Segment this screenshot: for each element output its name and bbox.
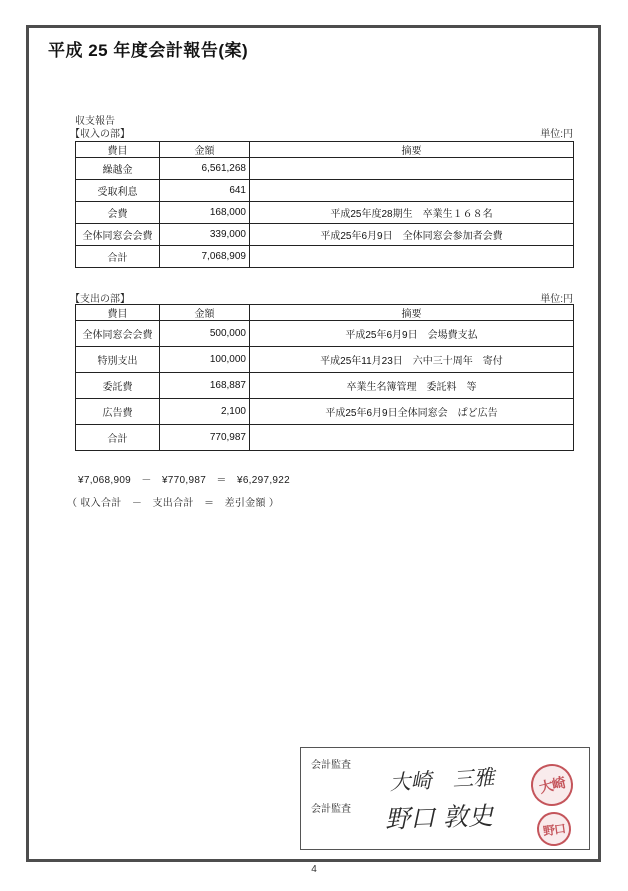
income-heading: 【収入の部】 xyxy=(70,125,130,140)
hanko-seal-text-2: 野口 xyxy=(542,819,566,839)
expense-item: 委託費 xyxy=(76,373,160,399)
expense-note: 平成25年11月23日 六中三十周年 寄付 xyxy=(250,347,574,373)
income-amount: 168,000 xyxy=(160,202,250,224)
document-canvas: { "page": { "title": "平成 25 年度会計報告(案)", … xyxy=(0,0,628,891)
expense-item: 合計 xyxy=(76,425,160,451)
income-col-note: 摘要 xyxy=(250,142,574,158)
expense-item: 全体同窓会会費 xyxy=(76,321,160,347)
expense-amount: 770,987 xyxy=(160,425,250,451)
income-item: 会費 xyxy=(76,202,160,224)
income-note xyxy=(250,158,574,180)
table-row: 委託費 168,887 卒業生名簿管理 委託料 等 xyxy=(76,373,574,399)
income-note xyxy=(250,246,574,268)
table-row: 受取利息 641 xyxy=(76,180,574,202)
audit-label-1: 会計監査 xyxy=(311,756,351,771)
expense-table: 費目 金額 摘要 全体同窓会会費 500,000 平成25年6月9日 会場費支払… xyxy=(75,304,574,451)
income-unit-label: 単位:円 xyxy=(540,125,573,140)
expense-heading-row: 【支出の部】 単位:円 xyxy=(70,290,573,305)
expense-amount: 2,100 xyxy=(160,399,250,425)
expense-item: 特別支出 xyxy=(76,347,160,373)
income-item: 繰越金 xyxy=(76,158,160,180)
income-amount: 641 xyxy=(160,180,250,202)
expense-item: 広告費 xyxy=(76,399,160,425)
balance-formula-values: ¥7,068,909 － ¥770,987 ＝ ¥6,297,922 xyxy=(78,471,290,486)
table-row-total: 合計 7,068,909 xyxy=(76,246,574,268)
expense-amount: 500,000 xyxy=(160,321,250,347)
income-note: 平成25年6月9日 全体同窓会参加者会費 xyxy=(250,224,574,246)
hanko-seal-text-1: 大崎 xyxy=(537,772,567,798)
expense-amount: 100,000 xyxy=(160,347,250,373)
income-col-amount: 金額 xyxy=(160,142,250,158)
income-amount: 339,000 xyxy=(160,224,250,246)
hanko-seal-icon-2: 野口 xyxy=(535,810,573,848)
income-amount: 7,068,909 xyxy=(160,246,250,268)
income-amount: 6,561,268 xyxy=(160,158,250,180)
income-item: 合計 xyxy=(76,246,160,268)
income-header-row: 費目 金額 摘要 xyxy=(76,142,574,158)
page-title: 平成 25 年度会計報告(案) xyxy=(48,36,248,61)
audit-signature-2: 野口 敦史 xyxy=(340,795,537,838)
page-number: 4 xyxy=(0,864,628,875)
expense-amount: 168,887 xyxy=(160,373,250,399)
expense-heading: 【支出の部】 xyxy=(70,290,130,305)
expense-note: 平成25年6月9日 会場費支払 xyxy=(250,321,574,347)
income-note: 平成25年度28期生 卒業生１６８名 xyxy=(250,202,574,224)
report-page: 平成 25 年度会計報告(案) 収支報告 【収入の部】 単位:円 費目 金額 摘… xyxy=(26,25,601,862)
expense-col-item: 費目 xyxy=(76,305,160,321)
expense-unit-label: 単位:円 xyxy=(540,290,573,305)
table-row: 会費 168,000 平成25年度28期生 卒業生１６８名 xyxy=(76,202,574,224)
income-table: 費目 金額 摘要 繰越金 6,561,268 受取利息 641 会費 168,0… xyxy=(75,141,574,268)
income-note xyxy=(250,180,574,202)
table-row: 全体同窓会会費 339,000 平成25年6月9日 全体同窓会参加者会費 xyxy=(76,224,574,246)
balance-formula-labels: （ 収入合計 － 支出合計 ＝ 差引金額 ） xyxy=(67,494,279,509)
table-row: 特別支出 100,000 平成25年11月23日 六中三十周年 寄付 xyxy=(76,347,574,373)
income-item: 全体同窓会会費 xyxy=(76,224,160,246)
audit-signature-1: 大崎 三雅 xyxy=(352,759,531,798)
expense-col-note: 摘要 xyxy=(250,305,574,321)
table-row: 繰越金 6,561,268 xyxy=(76,158,574,180)
audit-box: 会計監査 大崎 三雅 大崎 会計監査 野口 敦史 野口 xyxy=(300,747,590,850)
table-row: 広告費 2,100 平成25年6月9日全体同窓会 ぱど広告 xyxy=(76,399,574,425)
expense-note: 平成25年6月9日全体同窓会 ぱど広告 xyxy=(250,399,574,425)
income-heading-row: 【収入の部】 単位:円 xyxy=(70,125,573,140)
income-col-item: 費目 xyxy=(76,142,160,158)
expense-note xyxy=(250,425,574,451)
expense-header-row: 費目 金額 摘要 xyxy=(76,305,574,321)
expense-col-amount: 金額 xyxy=(160,305,250,321)
table-row: 全体同窓会会費 500,000 平成25年6月9日 会場費支払 xyxy=(76,321,574,347)
income-item: 受取利息 xyxy=(76,180,160,202)
expense-note: 卒業生名簿管理 委託料 等 xyxy=(250,373,574,399)
table-row-total: 合計 770,987 xyxy=(76,425,574,451)
